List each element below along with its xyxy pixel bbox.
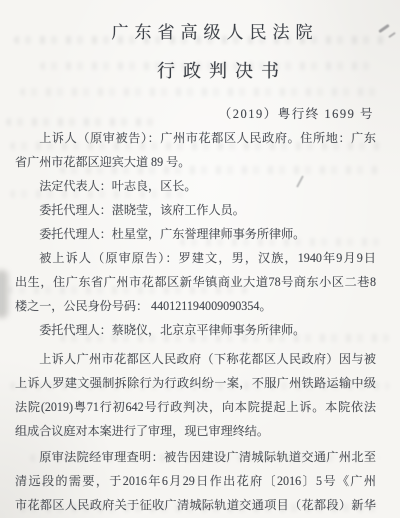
scan-bleed-artifact <box>180 238 380 246</box>
scan-bleed-artifact <box>10 190 190 198</box>
scan-smudge <box>0 270 8 318</box>
scan-bleed-artifact <box>30 454 380 462</box>
text-line: 组成合议庭对本案进行了审理，现已审理终结。 <box>15 419 376 443</box>
text-line: 上诉人广州市花都区人民政府（下称花都区人民政府）因与被 <box>15 347 376 371</box>
scan-bleed-artifact <box>40 62 370 70</box>
text-line: 楼之一，公民身份号码： 440121194009090354。 <box>15 294 376 318</box>
scan-bleed-artifact <box>10 142 385 150</box>
text-line: 清远段的需要，于2016年6月29日作出花府〔2016〕5号《广州 <box>15 469 376 493</box>
scan-bleed-artifact <box>20 88 380 96</box>
scan-bleed-artifact <box>6 118 156 126</box>
judgment-document-page: 广东省高级人民法院 行政判决书 （2019）粤行终 1699 号 上诉人（原审被… <box>0 0 400 518</box>
text-line: 法院(2019)粤71行初642号行政判决，向本院提起上诉。本院依法 <box>15 395 376 419</box>
scan-bleed-artifact <box>14 36 386 44</box>
scan-bleed-artifact <box>60 334 390 342</box>
scan-bleed-artifact <box>20 504 380 512</box>
text-line: 被上诉人（原审原告）：罗建文，男，汉族，1940年9月9日 <box>15 246 376 270</box>
scan-bleed-artifact <box>60 166 380 174</box>
scan-bleed-artifact <box>8 286 248 294</box>
text-line: 委托代理人：湛晓莹，该府工作人员。 <box>15 198 376 222</box>
scan-bleed-artifact <box>10 382 390 390</box>
